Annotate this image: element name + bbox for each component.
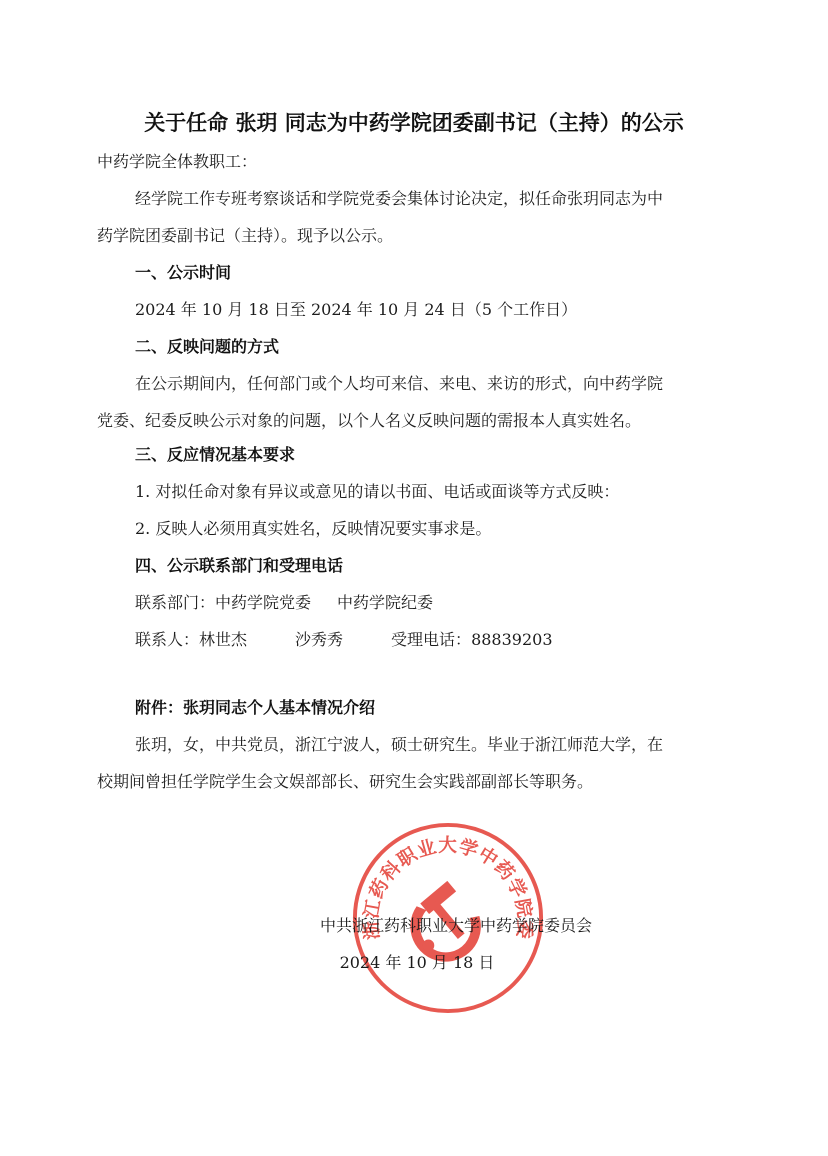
phone-number: 88839203: [471, 630, 552, 649]
requirement-1: 1. 对拟任命对象有异议或意见的请以书面、电话或面谈等方式反映：: [135, 482, 619, 502]
intro-line-2: 药学院团委副书记（主持）。现予以公示。: [97, 226, 393, 246]
section-heading-time: 一、公示时间: [135, 263, 231, 283]
salutation: 中药学院全体教职工：: [97, 152, 257, 172]
section-heading-requirements: 三、反应情况基本要求: [135, 445, 295, 465]
attachment-line-1: 张玥，女，中共党员，浙江宁波人，硕士研究生。毕业于浙江师范大学，在: [135, 735, 663, 755]
contact-person-label: 联系人：: [135, 630, 199, 649]
contact-person-2: 沙秀秀: [295, 630, 343, 649]
feedback-method-line-1: 在公示期间内，任何部门或个人均可来信、来电、来访的形式，向中药学院: [135, 374, 663, 394]
contact-person-1: 林世杰: [199, 630, 247, 649]
publicity-period: 2024 年 10 月 18 日至 2024 年 10 月 24 日（5 个工作…: [135, 300, 577, 320]
contact-dept-1: 中药学院党委: [215, 593, 311, 612]
section-heading-contact: 四、公示联系部门和受理电话: [135, 556, 343, 576]
document-page: 关于任命 张玥 同志为中药学院团委副书记（主持）的公示 中药学院全体教职工： 经…: [0, 0, 828, 1156]
attachment-line-2: 校期间曾担任学院学生会文娱部部长、研究生会实践部副部长等职务。: [97, 772, 593, 792]
contact-departments: 联系部门：中药学院党委中药学院纪委: [135, 593, 433, 613]
signature-date: 2024 年 10 月 18 日: [3, 953, 828, 973]
attachment-heading: 附件：张玥同志个人基本情况介绍: [135, 698, 375, 718]
requirement-2: 2. 反映人必须用真实姓名，反映情况要实事求是。: [135, 519, 491, 539]
section-heading-feedback-method: 二、反映问题的方式: [135, 337, 279, 357]
feedback-method-line-2: 党委、纪委反映公示对象的问题，以个人名义反映问题的需报本人真实姓名。: [97, 411, 641, 431]
contact-persons: 联系人：林世杰沙秀秀受理电话：88839203: [135, 630, 553, 650]
phone-label: 受理电话：: [391, 630, 471, 649]
signature-organization: 中共浙江药科职业大学中药学院委员会: [42, 916, 828, 936]
contact-dept-2: 中药学院纪委: [337, 593, 433, 612]
document-title: 关于任命 张玥 同志为中药学院团委副书记（主持）的公示: [0, 107, 828, 137]
intro-line-1: 经学院工作专班考察谈话和学院党委会集体讨论决定，拟任命张玥同志为中: [135, 189, 663, 209]
contact-dept-label: 联系部门：: [135, 593, 215, 612]
